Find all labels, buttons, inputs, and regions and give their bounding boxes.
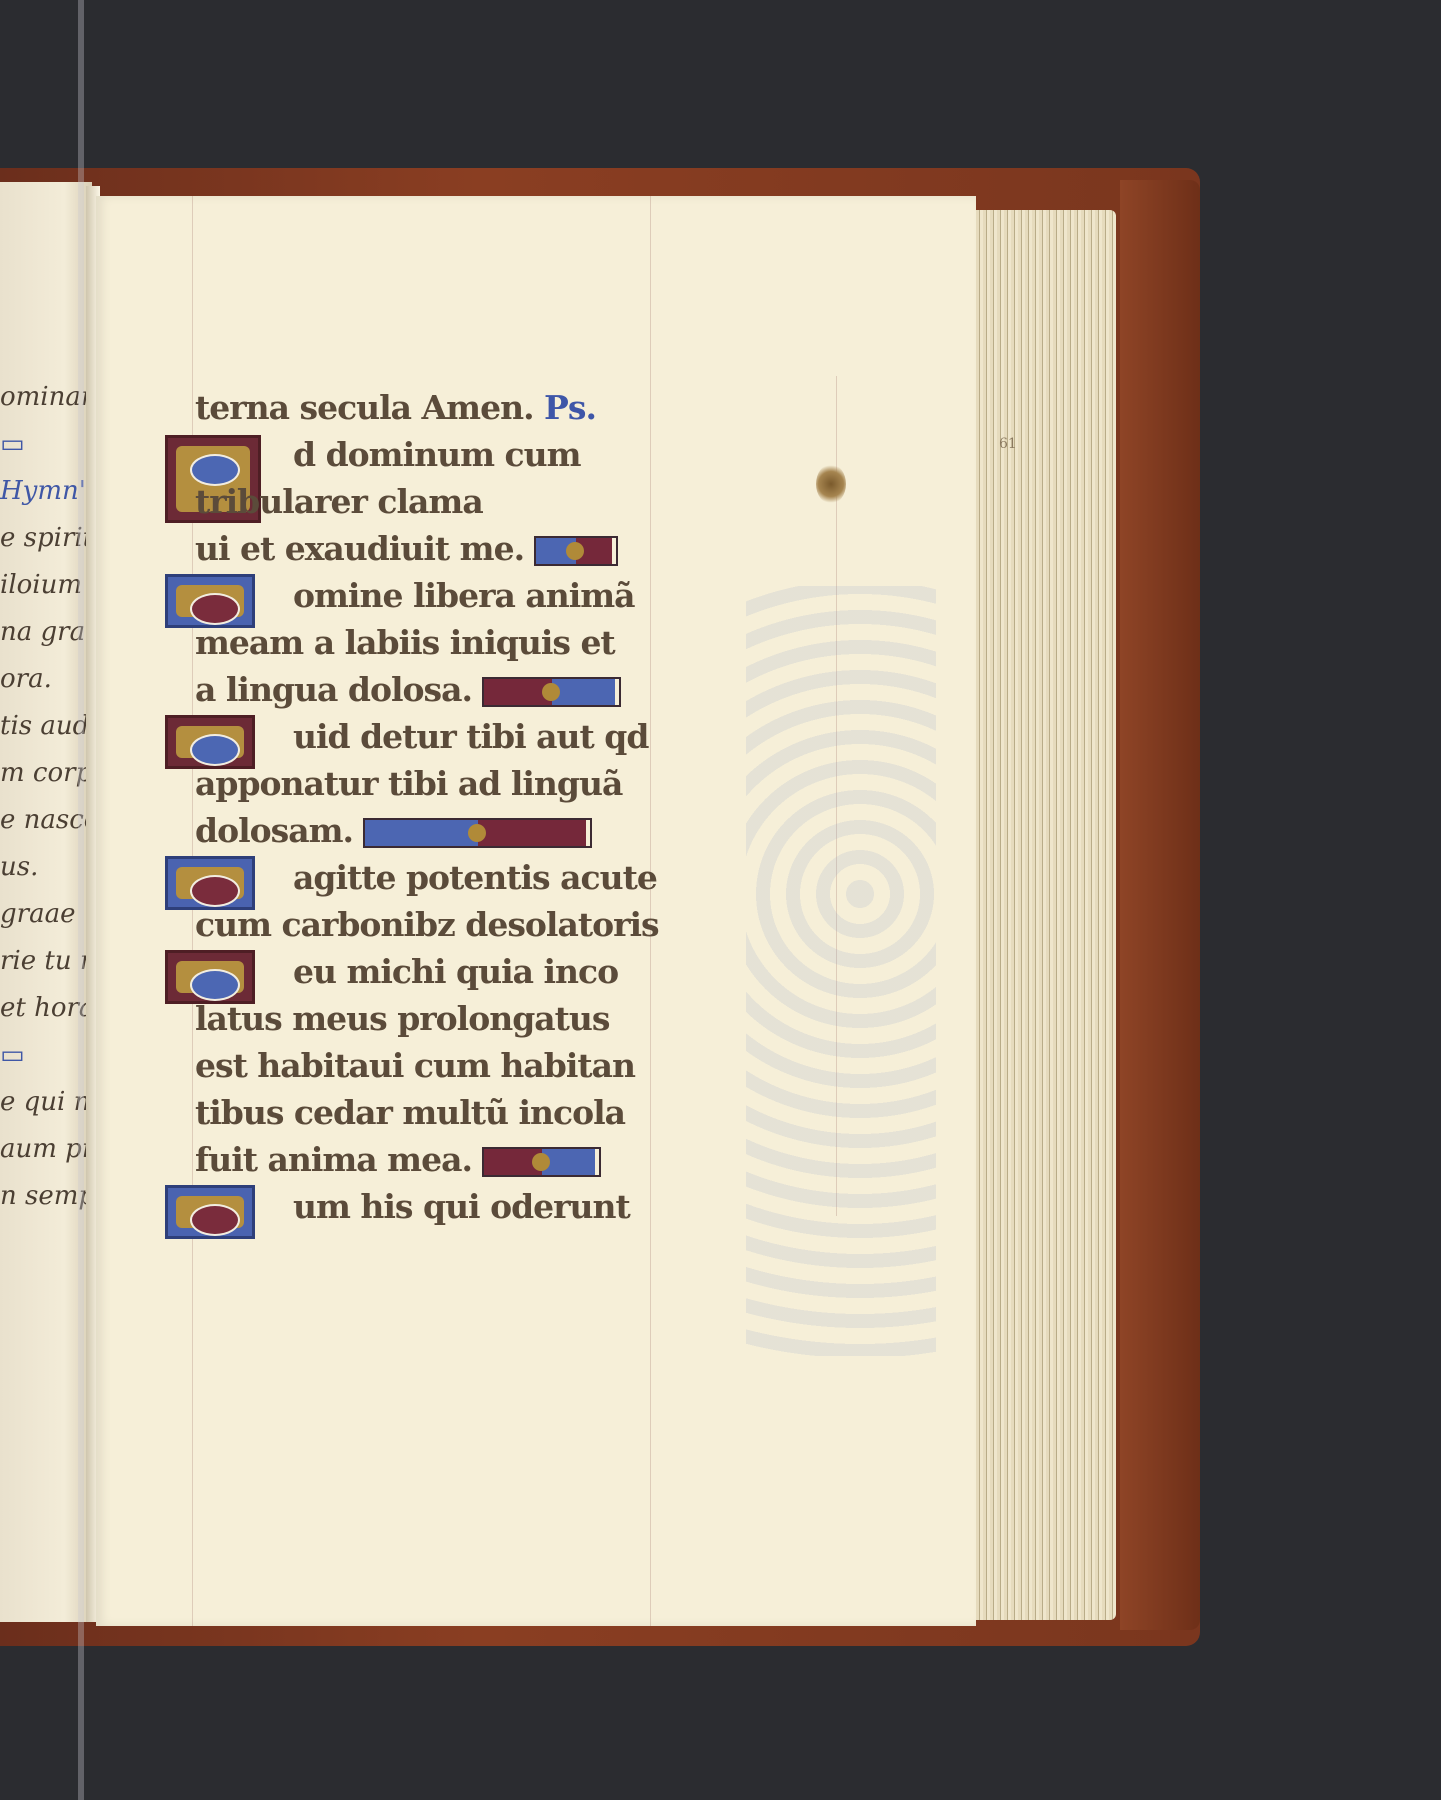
- line-filler-ornament: [363, 818, 592, 848]
- text-line: d dominum cum: [195, 431, 655, 478]
- text-line: meam a labiis iniquis et: [195, 619, 655, 666]
- text-line: cum carbonibz desolatoris: [195, 901, 655, 948]
- left-page-text-fragment: graae: [0, 899, 75, 929]
- line-text: ui et exaudiuit me.: [195, 529, 524, 568]
- text-line: tribularer clama: [195, 478, 655, 525]
- line-text: dolosam.: [195, 811, 353, 850]
- text-line: est habitaui cum habitan: [195, 1042, 655, 1089]
- line-text: meam a labiis iniquis et: [195, 623, 615, 662]
- binding-turn-in: [1120, 180, 1200, 1630]
- page-edges: [976, 210, 1116, 1620]
- text-line: eu michi quia inco: [195, 948, 655, 995]
- line-text: cum carbonibz desolatoris: [195, 905, 659, 944]
- left-page-text-fragment: us.: [0, 852, 38, 882]
- line-filler-ornament: [482, 1147, 601, 1177]
- left-page-text-fragment: ▭: [0, 429, 25, 459]
- line-text: a lingua dolosa.: [195, 670, 472, 709]
- line-filler-ornament: [482, 677, 621, 707]
- ruling-line-vertical: [192, 196, 193, 1626]
- left-page-text-fragment: ora.: [0, 664, 52, 694]
- text-block: terna secula Amen. Ps.d dominum cumtribu…: [195, 384, 655, 1230]
- text-line: uid detur tibi aut qd: [195, 713, 655, 760]
- line-text: agitte potentis acute: [195, 858, 657, 897]
- line-filler-ornament: [534, 536, 618, 566]
- left-page-text-fragment: Hymn': [0, 476, 86, 506]
- line-text: um his qui oderunt: [195, 1187, 630, 1226]
- line-text: fuit anima mea.: [195, 1140, 472, 1179]
- line-text: est habitaui cum habitan: [195, 1046, 635, 1085]
- text-line: tibus cedar multũ incola: [195, 1089, 655, 1136]
- text-line: agitte potentis acute: [195, 854, 655, 901]
- text-line: um his qui oderunt: [195, 1183, 655, 1230]
- line-text: terna secula Amen.: [195, 388, 534, 427]
- text-line: latus meus prolongatus: [195, 995, 655, 1042]
- text-line: terna secula Amen. Ps.: [195, 384, 655, 431]
- line-text: uid detur tibi aut qd: [195, 717, 648, 756]
- line-text: eu michi quia inco: [195, 952, 618, 991]
- text-line: fuit anima mea.: [195, 1136, 655, 1183]
- text-line: ui et exaudiuit me.: [195, 525, 655, 572]
- line-text: tribularer clama: [195, 482, 483, 521]
- text-line: omine libera animã: [195, 572, 655, 619]
- text-line: dolosam.: [195, 807, 655, 854]
- offset-border-decoration: [746, 586, 936, 1356]
- line-text: latus meus prolongatus: [195, 999, 609, 1038]
- text-line: apponatur tibi ad linguã: [195, 760, 655, 807]
- rubric-psalm-marker: Ps.: [534, 388, 596, 427]
- stain-mark: [816, 464, 846, 504]
- illuminated-initial-c: [165, 1185, 255, 1239]
- line-text: apponatur tibi ad linguã: [195, 764, 622, 803]
- left-page-text-fragment: ▭: [0, 1040, 25, 1070]
- glass-plate-edge: [78, 0, 84, 1800]
- text-line: a lingua dolosa.: [195, 666, 655, 713]
- line-text: tibus cedar multũ incola: [195, 1093, 625, 1132]
- folio-number: 61: [999, 436, 1017, 452]
- line-text: omine libera animã: [195, 576, 635, 615]
